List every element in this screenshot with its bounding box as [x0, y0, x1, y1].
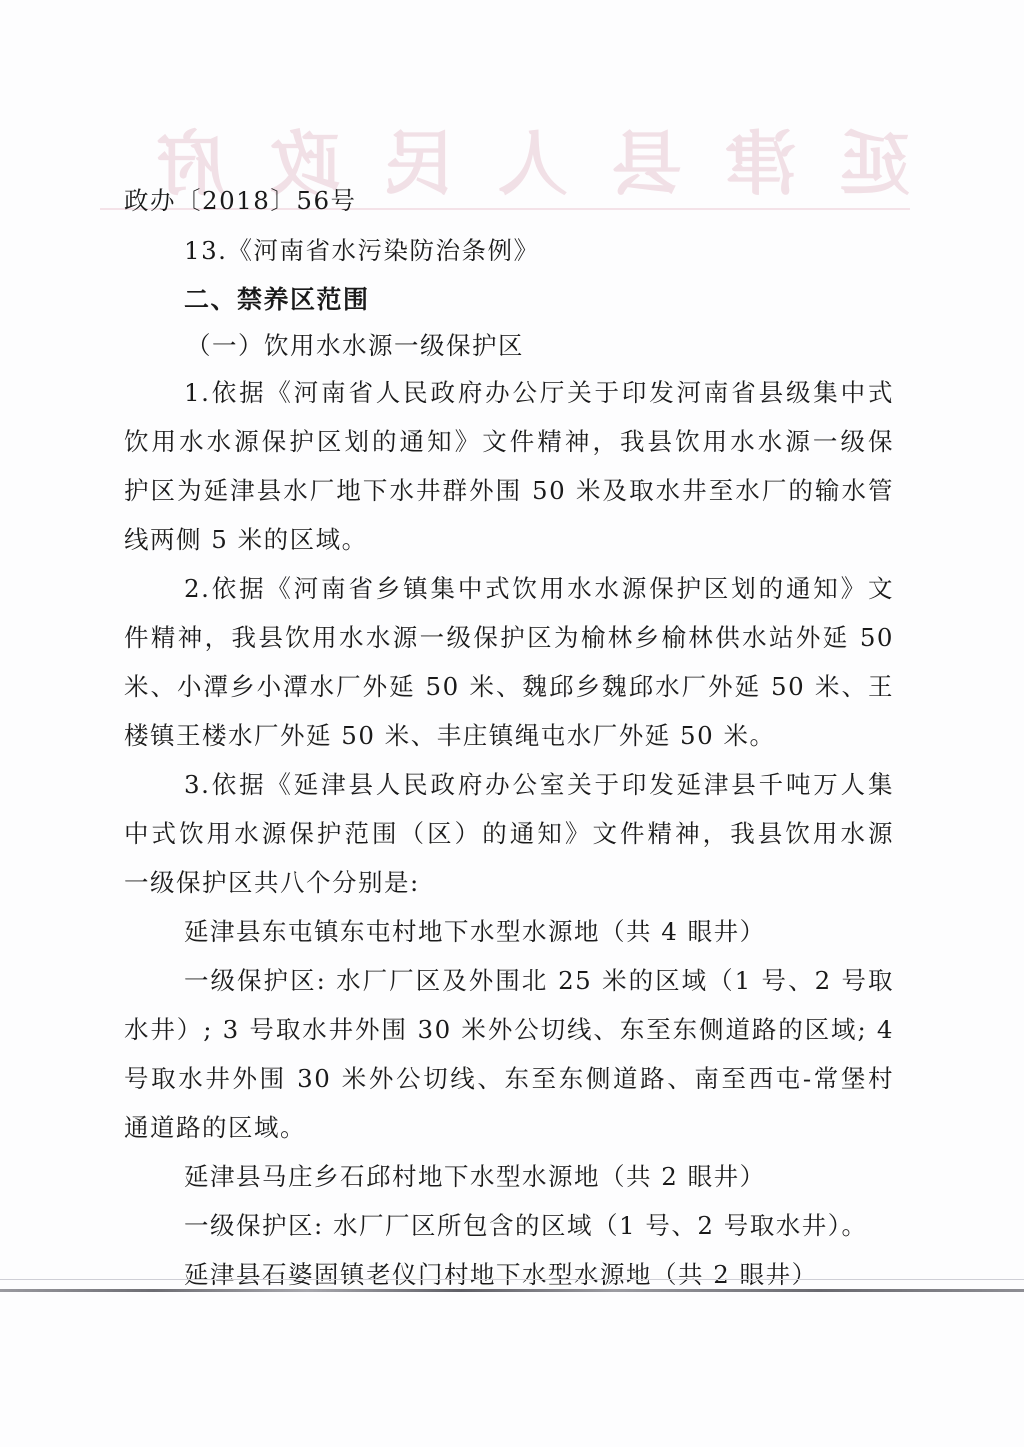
paragraph-1-line-4: 线两侧 5 米的区域。	[124, 521, 368, 556]
dongtun-protection-line-3: 号取水井外围 30 米外公切线、东至东侧道路、南至西屯-常堡村	[124, 1060, 894, 1095]
dongtun-protection-line-4: 通道路的区域。	[124, 1109, 306, 1144]
dongtun-protection-line-2: 水井）; 3 号取水井外围 30 米外公切线、东至东侧道路的区域; 4	[124, 1011, 894, 1046]
paragraph-1-line-3: 护区为延津县水厂地下水井群外围 50 米及取水井至水厂的输水管	[124, 472, 894, 507]
water-source-laoyimen-title: 延津县石婆固镇老仪门村地下水型水源地（共 2 眼井）	[184, 1256, 818, 1291]
paragraph-2-line-4: 楼镇王楼水厂外延 50 米、丰庄镇绳屯水厂外延 50 米。	[124, 717, 776, 752]
reference-item-13: 13.《河南省水污染防治条例》	[184, 232, 539, 267]
document-number: 政办〔2018〕56号	[124, 182, 357, 217]
subsection-heading-1: （一）饮用水水源一级保护区	[186, 327, 524, 362]
paragraph-2-line-3: 米、小潭乡小潭水厂外延 50 米、魏邱乡魏邱水厂外延 50 米、王	[124, 668, 894, 703]
paragraph-2-line-2: 件精神，我县饮用水水源一级保护区为榆林乡榆林供水站外延 50	[124, 619, 894, 654]
paragraph-2-line-1: 2.依据《河南省乡镇集中式饮用水水源保护区划的通知》文	[184, 570, 894, 605]
dongtun-protection-line-1: 一级保护区: 水厂厂区及外围北 25 米的区域（1 号、2 号取	[184, 962, 894, 997]
section-heading-2: 二、禁养区范围	[184, 280, 370, 316]
paragraph-3-line-1: 3.依据《延津县人民政府办公室关于印发延津县千吨万人集	[184, 766, 894, 801]
water-source-shiqiu-title: 延津县马庄乡石邱村地下水型水源地（共 2 眼井）	[184, 1158, 766, 1193]
water-source-dongtun-title: 延津县东屯镇东屯村地下水型水源地（共 4 眼井）	[184, 913, 766, 948]
paragraph-1-line-2: 饮用水水源保护区划的通知》文件精神，我县饮用水水源一级保	[124, 423, 894, 458]
shiqiu-protection-line-1: 一级保护区: 水厂厂区所包含的区域（1 号、2 号取水井）。	[184, 1207, 868, 1242]
paragraph-1-line-1: 1.依据《河南省人民政府办公厅关于印发河南省县级集中式	[184, 374, 894, 409]
scan-artifact-line-light	[0, 1279, 1024, 1280]
paragraph-3-line-2: 中式饮用水源保护范围（区）的通知》文件精神，我县饮用水源	[124, 815, 894, 850]
scan-artifact-line-dark	[0, 1289, 1024, 1292]
paragraph-3-line-3: 一级保护区共八个分别是:	[124, 864, 420, 899]
